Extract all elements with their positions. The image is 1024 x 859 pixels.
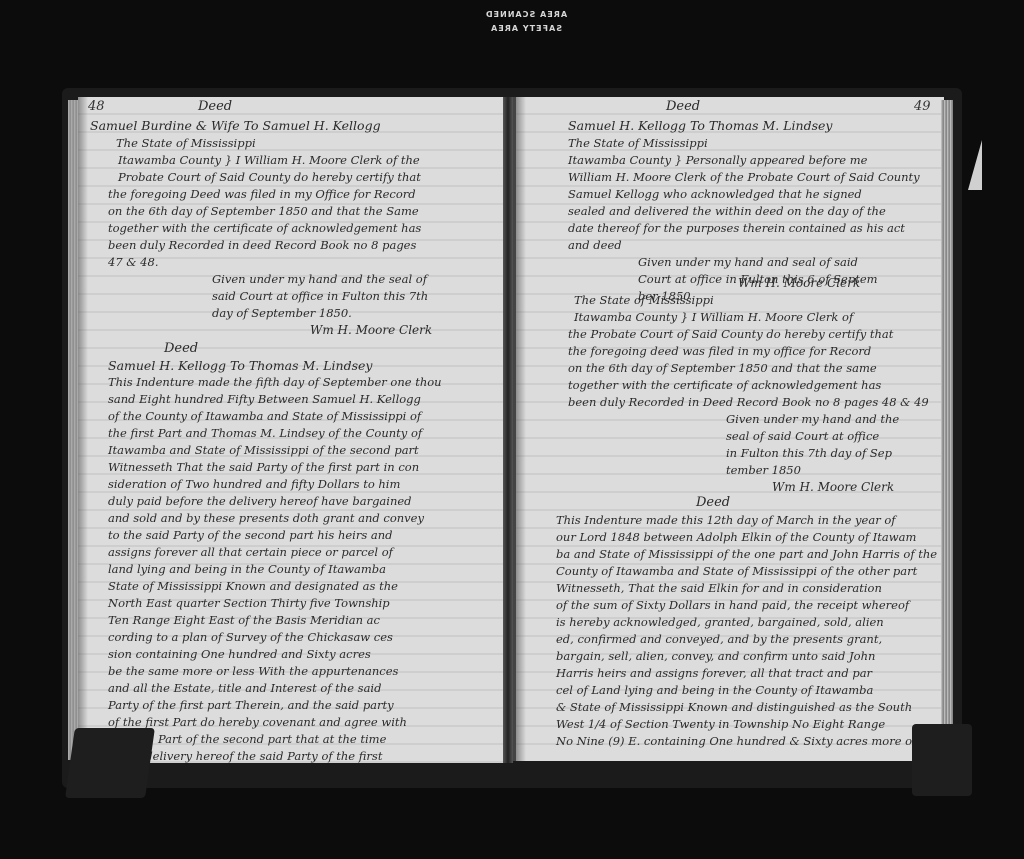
paper-scrap xyxy=(968,140,982,190)
text-line: cel of Land lying and being in the Count… xyxy=(556,682,873,699)
text-line: and sold and by these presents doth gran… xyxy=(108,510,424,527)
attestation-line: said Court at office in Fulton this 7th xyxy=(212,288,428,305)
left-page-edges xyxy=(68,100,78,760)
text-line: Witnesseth That the said Party of the fi… xyxy=(108,459,419,476)
text-line: ed, confirmed and conveyed, and by the p… xyxy=(556,631,882,648)
text-line: The State of Mississippi xyxy=(116,135,256,152)
text-line: Itawamba County } Personally appeared be… xyxy=(568,152,867,169)
text-line: sand Eight hundred Fifty Between Samuel … xyxy=(108,391,421,408)
text-line: sion containing One hundred and Sixty ac… xyxy=(108,646,371,663)
text-line: be the same more or less With the appurt… xyxy=(108,663,398,680)
attestation-line: in Fulton this 7th day of Sep xyxy=(726,445,892,462)
text-line: assigns forever all that certain piece o… xyxy=(108,544,393,561)
text-line: ba and State of Mississippi of the one p… xyxy=(556,546,937,563)
attestation-line: tember 1850 xyxy=(726,462,801,479)
text-line: Ten Range Eight East of the Basis Meridi… xyxy=(108,612,380,629)
text-line: the Probate Court of Said County do here… xyxy=(568,326,893,343)
text-line: date thereof for the purposes therein co… xyxy=(568,220,905,237)
clerk-signature: Wm H. Moore Clerk xyxy=(738,275,860,292)
text-line: County of Itawamba and State of Mississi… xyxy=(556,563,917,580)
text-line: bargain, sell, alien, convey, and confir… xyxy=(556,648,875,665)
text-line: West 1/4 of Section Twenty in Township N… xyxy=(556,716,885,733)
attestation-line: Given under my hand and seal of said xyxy=(638,254,858,271)
page-clamp-right xyxy=(912,724,972,796)
text-line: The State of Mississippi xyxy=(568,135,708,152)
text-line: of the sum of Sixty Dollars in hand paid… xyxy=(556,597,909,614)
text-line: to the said Party of the second part his… xyxy=(108,527,393,544)
text-line: cording to a plan of Survey of the Chick… xyxy=(108,629,393,646)
text-line: on the 6th day of September 1850 and tha… xyxy=(108,203,419,220)
clerk-signature: Wm H. Moore Clerk xyxy=(310,322,432,339)
text-line: This Indenture made the fifth day of Sep… xyxy=(108,374,442,391)
book-gutter xyxy=(503,97,513,763)
scan-stamp: AREA SCANNED SAFETY AREA xyxy=(466,8,586,22)
text-line: Itawamba County } I William H. Moore Cle… xyxy=(574,309,853,326)
text-line: North East quarter Section Thirty five T… xyxy=(108,595,390,612)
text-line: duly paid before the delivery hereof hav… xyxy=(108,493,412,510)
text-line: sideration of Two hundred and fifty Doll… xyxy=(108,476,400,493)
text-line: Samuel Kellogg who acknowledged that he … xyxy=(568,186,862,203)
text-line: our Lord 1848 between Adolph Elkin of th… xyxy=(556,529,916,546)
text-line: and deed xyxy=(568,237,622,254)
text-line: No Nine (9) E. containing One hundred & … xyxy=(556,733,918,750)
text-line: together with the certificate of acknowl… xyxy=(568,377,881,394)
text-line: the foregoing Deed was filed in my Offic… xyxy=(108,186,416,203)
text-line: Itawamba and State of Mississippi of the… xyxy=(108,442,419,459)
text-line: and all the Estate, title and Interest o… xyxy=(108,680,381,697)
text-line: Witnesseth, That the said Elkin for and … xyxy=(556,580,882,597)
section-heading: Deed xyxy=(164,341,198,356)
attestation-line: day of September 1850. xyxy=(212,305,352,322)
text-line: together with the certificate of acknowl… xyxy=(108,220,421,237)
text-line: 47 & 48. xyxy=(108,254,158,271)
attestation-line: Given under my hand and the xyxy=(726,411,899,428)
right-page: Deed 49 Samuel H. Kellogg To Thomas M. L… xyxy=(513,97,944,761)
text-line: land lying and being in the County of It… xyxy=(108,561,386,578)
text-line: the first Part and Thomas M. Lindsey of … xyxy=(108,425,422,442)
text-line: State of Mississippi Known and designate… xyxy=(108,578,398,595)
text-line: been duly Recorded in Deed Record Book n… xyxy=(568,394,929,411)
text-line: William H. Moore Clerk of the Probate Co… xyxy=(568,169,920,186)
section-heading: Deed xyxy=(666,99,700,114)
page-clamp-left xyxy=(65,728,155,798)
text-line: Itawamba County } I William H. Moore Cle… xyxy=(118,152,420,169)
attestation-line: Given under my hand and the seal of xyxy=(212,271,427,288)
text-line: This Indenture made this 12th day of Mar… xyxy=(556,512,896,529)
text-line: on the 6th day of September 1850 and tha… xyxy=(568,360,877,377)
section-heading: Deed xyxy=(696,495,730,510)
text-line: Harris heirs and assigns forever, all th… xyxy=(556,665,872,682)
text-line: Party of the first part Therein, and the… xyxy=(108,697,394,714)
right-page-edges xyxy=(941,100,953,740)
text-line: the foregoing deed was filed in my offic… xyxy=(568,343,871,360)
text-line: been duly Recorded in deed Record Book n… xyxy=(108,237,416,254)
text-line: & State of Mississippi Known and disting… xyxy=(556,699,912,716)
section-heading: Deed xyxy=(198,99,232,114)
text-line: The State of Mississippi xyxy=(574,292,714,309)
text-line: sealed and delivered the within deed on … xyxy=(568,203,886,220)
page-number: 48 xyxy=(88,99,105,114)
deed-title: Samuel H. Kellogg To Thomas M. Lindsey xyxy=(108,357,372,374)
deed-title: Samuel H. Kellogg To Thomas M. Lindsey xyxy=(568,117,832,134)
left-page: 48 Deed Samuel Burdine & Wife To Samuel … xyxy=(78,97,506,763)
deed-title: Samuel Burdine & Wife To Samuel H. Kello… xyxy=(90,117,381,134)
text-line: Probate Court of Said County do hereby c… xyxy=(118,169,421,186)
clerk-signature: Wm H. Moore Clerk xyxy=(772,479,894,496)
text-line: is hereby acknowledged, granted, bargain… xyxy=(556,614,884,631)
attestation-line: seal of said Court at office xyxy=(726,428,879,445)
text-line: of the County of Itawamba and State of M… xyxy=(108,408,421,425)
page-number: 49 xyxy=(914,99,931,114)
